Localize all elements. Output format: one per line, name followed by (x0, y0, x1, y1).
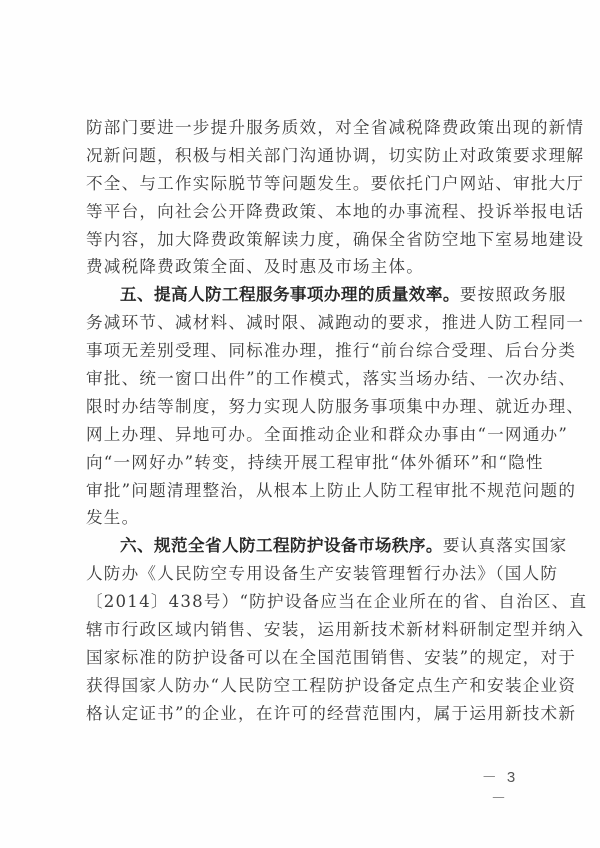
text-line: 务减环节、减材料、减时限、减跑动的要求，推进人防工程同一 (86, 309, 518, 337)
section-heading: 五、提高人防工程服务事项办理的质量效率。 (120, 285, 460, 304)
text-line: 〔2014〕438号）“防护设备应当在企业所在的省、自治区、直 (86, 588, 518, 616)
section-heading-line: 六、规范全省人防工程防护设备市场秩序。要认真落实国家 (86, 532, 518, 560)
text-line: 格认定证书”的企业，在许可的经营范围内，属于运用新技术新 (86, 700, 518, 728)
text-line: 审批、统一窗口出件”的工作模式，落实当场办结、一次办结、 (86, 365, 518, 393)
text-line: 获得国家人防办“人民防空工程防护设备定点生产和安装企业资 (86, 672, 518, 700)
text-line: 国家标准的防护设备可以在全国范围销售、安装”的规定，对于 (86, 644, 518, 672)
document-body: 防部门要进一步提升服务质效，对全省减税降费政策出现的新情 况新问题，积极与相关部… (86, 114, 518, 728)
page-number: － 3 － (470, 766, 530, 808)
text-run: 要认真落实国家 (443, 536, 568, 555)
text-line: 辖市行政区域内销售、安装，运用新技术新材料研制定型并纳入 (86, 616, 518, 644)
text-line: 人防办《人民防空专用设备生产安装管理暂行办法》（国人防 (86, 560, 518, 588)
section-heading: 六、规范全省人防工程防护设备市场秩序。 (120, 536, 443, 555)
text-run: 要按照政务服 (460, 285, 567, 304)
paragraph-continuation: 防部门要进一步提升服务质效，对全省减税降费政策出现的新情 况新问题，积极与相关部… (86, 114, 518, 281)
paragraph-section-6: 六、规范全省人防工程防护设备市场秩序。要认真落实国家 人防办《人民防空专用设备生… (86, 532, 518, 727)
text-line: 等内容，加大降费政策解读力度，确保全省防空地下室易地建设 (86, 226, 518, 254)
text-line: 向“一网好办”转变，持续开展工程审批“体外循环”和“隐性 (86, 449, 518, 477)
text-line: 网上办理、异地可办。全面推动企业和群众办事由“一网通办” (86, 421, 518, 449)
document-page: 防部门要进一步提升服务质效，对全省减税降费政策出现的新情 况新问题，积极与相关部… (0, 0, 600, 848)
text-line: 等平台，向社会公开降费政策、本地的办事流程、投诉举报电话 (86, 198, 518, 226)
text-line: 况新问题，积极与相关部门沟通协调，切实防止对政策要求理解 (86, 142, 518, 170)
text-line: 费减税降费政策全面、及时惠及市场主体。 (86, 253, 518, 281)
text-line: 事项无差别受理、同标准办理，推行“前台综合受理、后台分类 (86, 337, 518, 365)
section-heading-line: 五、提高人防工程服务事项办理的质量效率。要按照政务服 (86, 281, 518, 309)
text-line: 发生。 (86, 504, 518, 532)
text-line: 防部门要进一步提升服务质效，对全省减税降费政策出现的新情 (86, 114, 518, 142)
text-line: 限时办结等制度，努力实现人防服务事项集中办理、就近办理、 (86, 393, 518, 421)
text-line: 不全、与工作实际脱节等问题发生。要依托门户网站、审批大厅 (86, 170, 518, 198)
text-line: 审批”问题清理整治，从根本上防止人防工程审批不规范问题的 (86, 477, 518, 505)
paragraph-section-5: 五、提高人防工程服务事项办理的质量效率。要按照政务服 务减环节、减材料、减时限、… (86, 281, 518, 532)
